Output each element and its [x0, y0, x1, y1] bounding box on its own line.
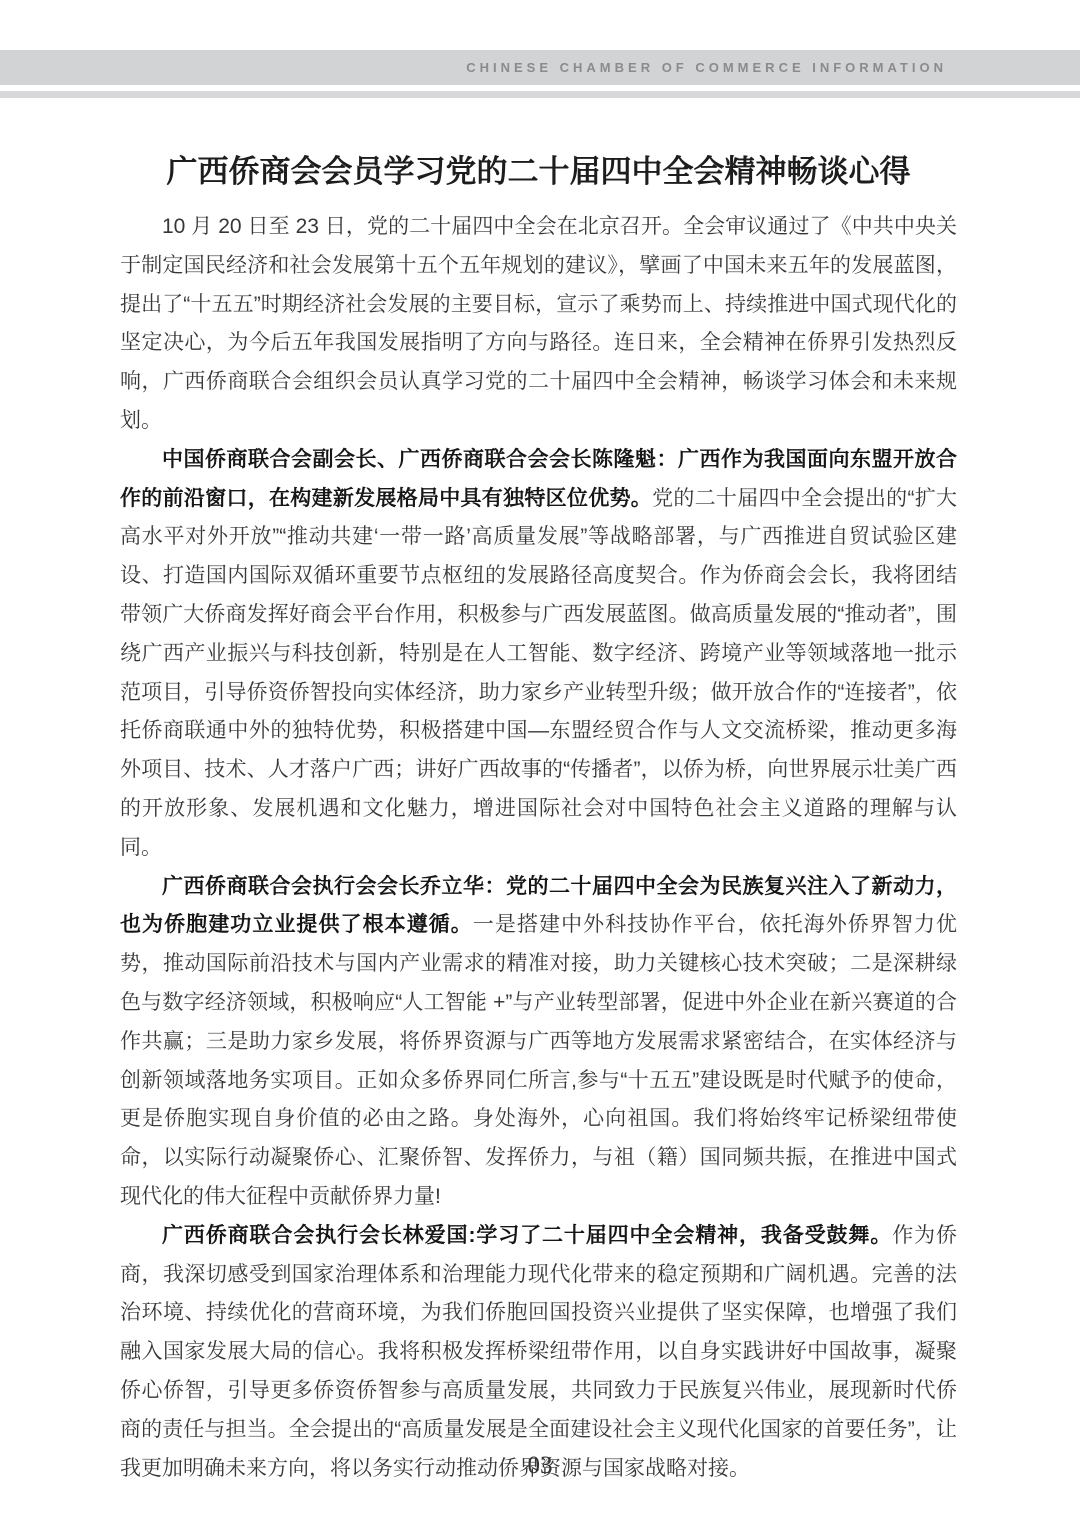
- page-number: 03: [0, 1452, 1080, 1480]
- document-page: CHINESE CHAMBER OF COMMERCE INFORMATION …: [0, 0, 1080, 1525]
- paragraph-chen-longkui: 中国侨商联合会副会长、广西侨商联合会会长陈隆魁：广西作为我国面向东盟开放合作的前…: [120, 441, 957, 868]
- header-band-title: CHINESE CHAMBER OF COMMERCE INFORMATION: [466, 60, 947, 75]
- header-band: CHINESE CHAMBER OF COMMERCE INFORMATION: [0, 50, 1080, 85]
- paragraph-body: 党的二十届四中全会提出的“扩大高水平对外开放”“推动共建‘一带一路’高质量发展”…: [120, 487, 957, 859]
- header-divider: [0, 91, 1080, 98]
- paragraph-lin-aiguo: 广西侨商联合会执行会长林爱国:学习了二十届四中全会精神，我备受鼓舞。作为侨商，我…: [120, 1217, 957, 1489]
- article: 广西侨商会会员学习党的二十届四中全会精神畅谈心得 10 月 20 日至 23 日…: [120, 150, 957, 1488]
- paragraph-qiao-lihua: 广西侨商联合会执行会会长乔立华：党的二十届四中全会为民族复兴注入了新动力，也为侨…: [120, 868, 957, 1217]
- paragraph-body: 10 月 20 日至 23 日，党的二十届四中全会在北京召开。全会审议通过了《中…: [120, 215, 957, 432]
- paragraph-intro: 10 月 20 日至 23 日，党的二十届四中全会在北京召开。全会审议通过了《中…: [120, 208, 957, 441]
- paragraph-lead: 广西侨商联合会执行会长林爱国:学习了二十届四中全会精神，我备受鼓舞。: [162, 1224, 892, 1247]
- paragraph-body: 一是搭建中外科技协作平台，依托海外侨界智力优势，推动国际前沿技术与国内产业需求的…: [120, 913, 957, 1208]
- article-title: 广西侨商会会员学习党的二十届四中全会精神畅谈心得: [120, 150, 957, 194]
- paragraph-body: 作为侨商，我深切感受到国家治理体系和治理能力现代化带来的稳定预期和广阔机遇。完善…: [120, 1224, 957, 1480]
